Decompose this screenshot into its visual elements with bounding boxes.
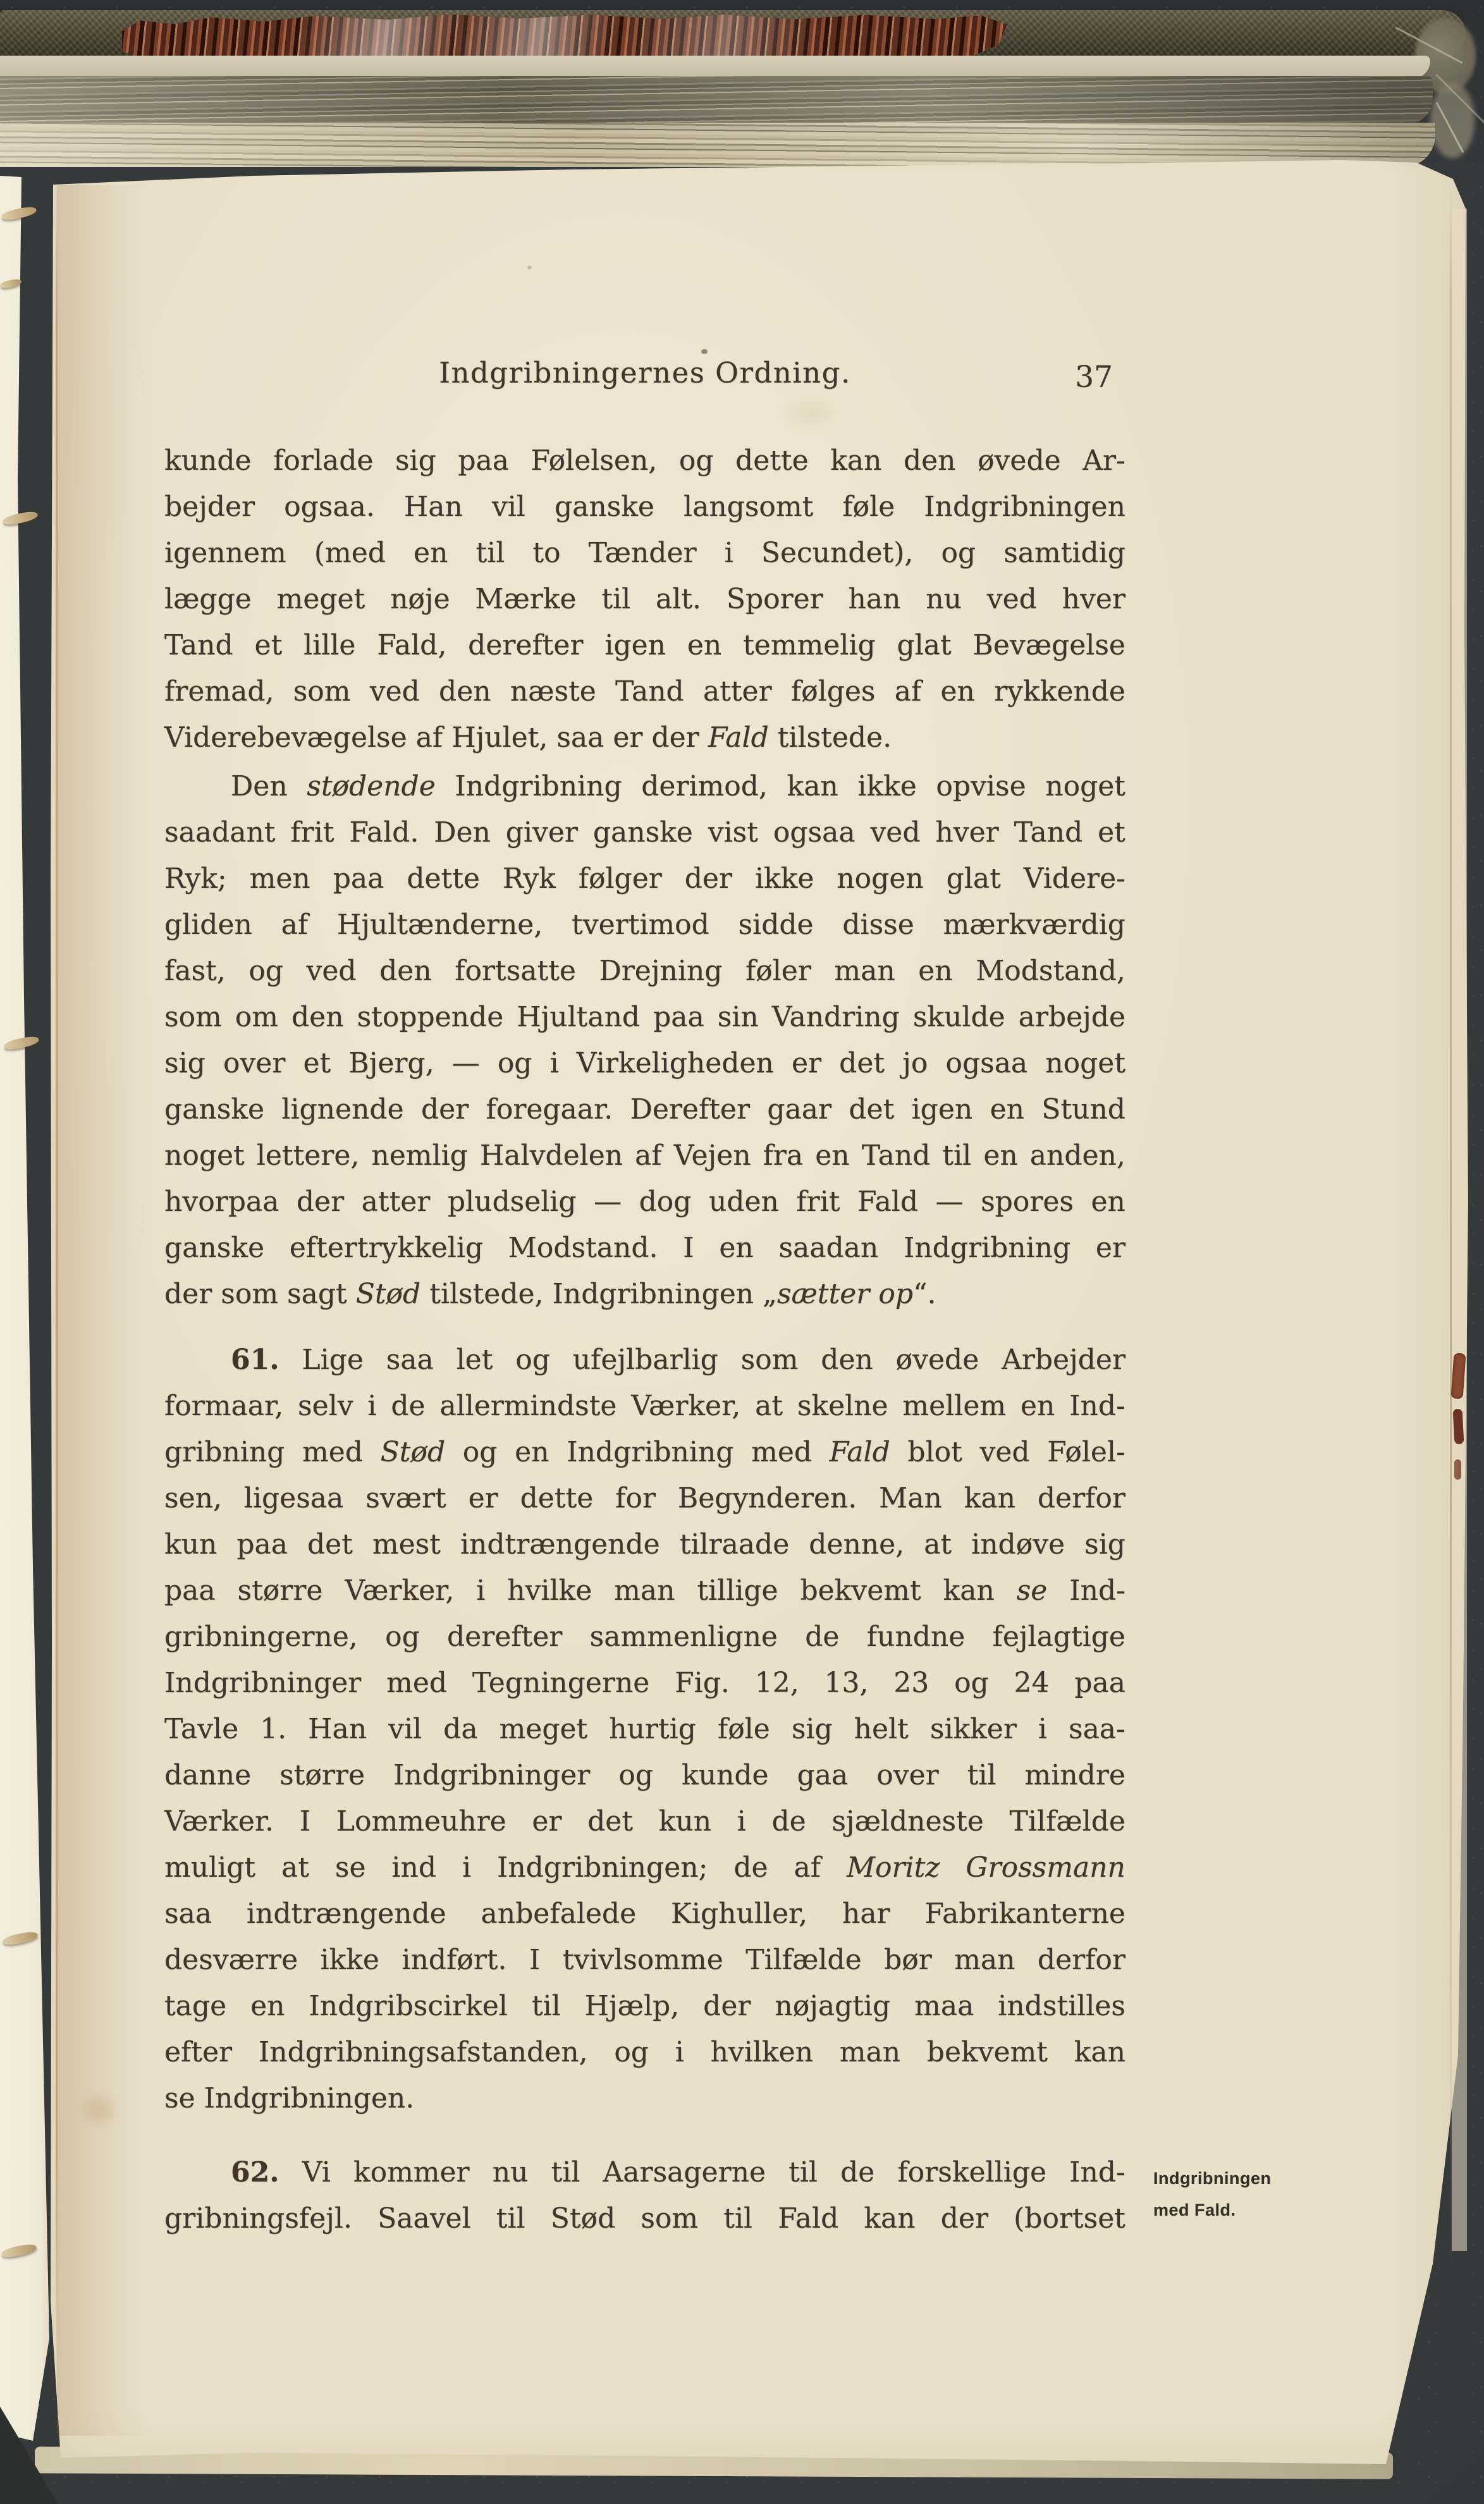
word: at <box>281 1851 309 1884</box>
word: Arbejder <box>1002 1344 1125 1376</box>
word: og <box>941 537 976 569</box>
word: 23 <box>893 1667 929 1699</box>
word: større <box>238 1574 323 1607</box>
word: og <box>515 1344 550 1376</box>
word: atter <box>703 675 772 708</box>
word: ogsaa <box>945 1047 1027 1079</box>
word: ved <box>870 816 920 849</box>
word: Følel- <box>1047 1436 1125 1468</box>
word: saa- <box>1069 1713 1125 1745</box>
word: Mærke <box>475 583 576 615</box>
word: Stød <box>356 1278 420 1310</box>
word: indtrængende <box>247 1898 446 1930</box>
word: Stød <box>551 2202 615 2235</box>
word: sin <box>718 1001 759 1033</box>
word: igen <box>604 629 666 661</box>
word: saa <box>556 721 604 754</box>
word: Vandring <box>772 1001 900 1033</box>
paragraph: DenstødendeIndgribningderimod,kanikkeopv… <box>164 770 1125 1324</box>
word: der <box>703 1990 751 2022</box>
word: saadan <box>778 1232 878 1264</box>
text-line: sigoveretBjerg,—ogiVirkelighedenerdetjoo… <box>164 1047 1125 1093</box>
word: nu <box>493 2156 529 2188</box>
word: Tilfælde <box>745 1944 861 1976</box>
text-line: Værker.ILommeuhreerdetkunidesjældnesteTi… <box>164 1805 1125 1851</box>
word: Videre- <box>1024 862 1125 895</box>
word: opvise <box>936 770 1026 802</box>
word: sig <box>164 1047 205 1079</box>
word: I <box>300 1805 310 1838</box>
word: mest <box>372 1528 441 1561</box>
text-line: formaar,selvideallermindsteVærker,atskel… <box>164 1390 1125 1436</box>
word: forlade <box>273 445 373 477</box>
word: i <box>462 1851 471 1884</box>
word: jo <box>902 1047 928 1079</box>
word: sammenligne <box>590 1621 778 1653</box>
text-line: se Indgribningen. <box>164 2082 1125 2128</box>
word: 62. <box>231 2156 279 2188</box>
word: den <box>291 1001 344 1033</box>
word: en <box>918 955 952 987</box>
word: indført. <box>402 1944 506 1976</box>
word: til <box>942 1139 971 1172</box>
word: hver <box>935 816 998 849</box>
word: en <box>815 1139 849 1172</box>
word: blot <box>907 1436 962 1468</box>
word: Værker, <box>631 1390 740 1422</box>
word: Den <box>231 770 288 802</box>
word: Moritz <box>847 1851 940 1884</box>
text-line: DenstødendeIndgribningderimod,kanikkeopv… <box>164 770 1125 816</box>
word: danne <box>164 1759 251 1791</box>
word: fejlagtige <box>993 1621 1125 1653</box>
word: man <box>954 1944 1015 1976</box>
text-line: bejderogsaa.HanvilganskelangsomtføleIndg… <box>164 491 1125 537</box>
word: der <box>421 1093 469 1126</box>
word: Indgribninger <box>164 1667 361 1699</box>
text-line: 61.LigesaaletogufejlbarligsomdenøvedeArb… <box>164 1344 1125 1390</box>
word: Fald <box>778 2202 838 2235</box>
word: Ryk; <box>164 862 227 895</box>
word: formaar, <box>164 1390 283 1422</box>
word: skelne <box>797 1390 888 1422</box>
word: Secundet), <box>761 537 914 569</box>
word: tvivlsomme <box>563 1944 723 1976</box>
word: svært <box>365 1482 446 1514</box>
word: de <box>805 1621 839 1653</box>
word: se <box>1017 1574 1048 1607</box>
word: er <box>532 1805 561 1838</box>
text-line: saaindtrængendeanbefaledeKighuller,harFa… <box>164 1898 1125 1944</box>
page-content: Indgribningernes Ordning. 37 kundeforlad… <box>0 0 1484 2504</box>
word: Fald <box>857 1186 918 1218</box>
word: ogsaa. <box>284 491 375 523</box>
word: vist <box>708 816 758 849</box>
word: Viderebevægelse <box>164 721 407 754</box>
word: Tand <box>1014 816 1083 849</box>
word: det <box>587 1805 633 1838</box>
word: kan <box>864 2202 915 2235</box>
word: forskellige <box>897 2156 1046 2188</box>
word: noget <box>164 1139 245 1172</box>
word: samtidig <box>1003 537 1125 569</box>
word: øvede <box>896 1344 979 1376</box>
word: og <box>954 1667 989 1699</box>
word: er <box>1096 1232 1125 1264</box>
word: frit <box>290 816 334 849</box>
word: er <box>469 1482 498 1514</box>
text-line: tageenIndgribscirkeltilHjælp,dernøjagtig… <box>164 1990 1125 2036</box>
word: om <box>235 1001 278 1033</box>
word: Drejning <box>599 955 722 987</box>
word: og <box>614 2036 649 2068</box>
word: Værker, <box>345 1574 454 1607</box>
word: i <box>737 1805 746 1838</box>
page-header: Indgribningernes Ordning. 37 <box>164 356 1125 394</box>
word: fast, <box>164 955 226 987</box>
word: mellem <box>902 1390 1006 1422</box>
word: Man <box>879 1482 942 1514</box>
word: et <box>1098 816 1125 849</box>
word: kan <box>964 1482 1015 1514</box>
word: derfor <box>1038 1482 1125 1514</box>
word: derimod, <box>641 770 768 802</box>
text-line: somomdenstoppendeHjultandpaasinVandrings… <box>164 1001 1125 1047</box>
word: to <box>532 537 560 569</box>
word: igennem <box>164 537 286 569</box>
word: som <box>641 2202 698 2235</box>
word: dette <box>520 1482 594 1514</box>
word: I <box>683 1232 694 1264</box>
word: vil <box>492 491 525 523</box>
word: indstilles <box>998 1990 1125 2022</box>
word: allermindste <box>439 1390 616 1422</box>
book-photo: Indgribningernes Ordning. 37 kundeforlad… <box>0 0 1484 2504</box>
word: tage <box>164 1990 226 2022</box>
word: det <box>839 1047 885 1079</box>
word: frit <box>796 1186 840 1218</box>
word: med <box>302 1436 363 1468</box>
paragraph: 62.VikommernutilAarsagernetildeforskelli… <box>164 2156 1125 2249</box>
text-line: gribningmedStødogenIndgribningmedFaldblo… <box>164 1436 1125 1482</box>
text-line: efterIndgribningsafstanden,ogihvilkenman… <box>164 2036 1125 2082</box>
word: 61. <box>231 1344 279 1376</box>
word: paa <box>458 445 509 477</box>
word: Fald <box>708 721 769 754</box>
word: ganske <box>555 491 654 523</box>
word: sen, <box>164 1482 222 1514</box>
word: bekvemt <box>927 2036 1048 2068</box>
word: det <box>307 1528 353 1561</box>
word: stoppende <box>357 1001 504 1033</box>
word: Stund <box>1041 1093 1125 1126</box>
word: til <box>601 583 630 615</box>
word: paa <box>653 1001 704 1033</box>
text-line: saadantfritFald.Dengiverganskevistogsaav… <box>164 816 1125 862</box>
word: over <box>876 1759 938 1791</box>
word: gribning <box>164 1436 285 1468</box>
word: mindre <box>1025 1759 1125 1791</box>
word: de <box>391 1390 425 1422</box>
word: et <box>255 629 283 661</box>
word: til <box>551 2156 580 2188</box>
word: fundne <box>867 1621 966 1653</box>
word: som <box>221 1278 278 1310</box>
word: — <box>594 1186 622 1218</box>
word: Hjulet, <box>451 721 548 754</box>
word: Fald <box>830 1436 890 1468</box>
paragraph: kundeforladesigpaaFølelsen,ogdettekanden… <box>164 445 1125 768</box>
word: stødende <box>307 770 436 802</box>
word: er <box>792 1047 821 1079</box>
word: Indgribninger <box>393 1759 590 1791</box>
word: fra <box>763 1139 804 1172</box>
word: i <box>1038 1713 1047 1745</box>
word: Hjælp, <box>585 1990 680 2022</box>
word: ved <box>307 955 357 987</box>
word: Indgribning <box>904 1232 1070 1264</box>
word: Vejen <box>674 1139 751 1172</box>
text-line: læggemegetnøjeMærketilalt.Sporerhannuved… <box>164 583 1125 629</box>
word: der <box>297 1186 344 1218</box>
word: giver <box>506 816 578 849</box>
word: en <box>414 537 448 569</box>
word: Den <box>434 816 491 849</box>
word: til <box>723 2202 752 2235</box>
word: ganske <box>164 1093 264 1126</box>
word: og <box>618 1759 653 1791</box>
word: muligt <box>164 1851 255 1884</box>
word: og <box>385 1621 420 1653</box>
word: Fabrikanterne <box>925 1898 1125 1930</box>
word: efter <box>164 2036 232 2068</box>
word: langsomt <box>684 491 813 523</box>
word: sagt <box>287 1278 347 1310</box>
word: Fig. <box>675 1667 730 1699</box>
word: der <box>164 1278 212 1310</box>
text-line: glidenafHjultænderne,tvertimodsiddedisse… <box>164 909 1125 955</box>
word: denne, <box>809 1528 904 1561</box>
word: atter <box>362 1186 431 1218</box>
word: ligesaa <box>244 1482 343 1514</box>
word: gaar <box>767 1093 831 1126</box>
word: nøje <box>390 583 450 615</box>
text-line: Tavle1.Hanvildamegethurtigfølesigheltsik… <box>164 1713 1125 1759</box>
word: saadant <box>164 816 275 849</box>
word: men <box>250 862 310 895</box>
word: Kighuller, <box>671 1898 807 1930</box>
word: nøjagtig <box>775 1990 890 2022</box>
text-line: fast,ogveddenfortsatteDrejningfølermanen… <box>164 955 1125 1001</box>
word: Værker. <box>164 1805 274 1838</box>
word: vil <box>388 1713 422 1745</box>
word: kun <box>164 1528 217 1561</box>
word: Lige <box>302 1344 364 1376</box>
word: bekvemt <box>800 1574 921 1607</box>
text-line: ganskeeftertrykkeligModstand.IensaadanIn… <box>164 1232 1125 1278</box>
word: meget <box>277 583 365 615</box>
word: og <box>248 955 283 987</box>
word: de <box>733 1851 768 1884</box>
word: sig <box>1084 1528 1125 1561</box>
word: Bjerg, <box>348 1047 434 1079</box>
word: Følelsen, <box>531 445 658 477</box>
word: større <box>279 1759 365 1791</box>
word: føle <box>842 491 895 523</box>
text-line: Viderebevægelse af Hjulet, saa er der Fa… <box>164 721 1125 768</box>
word: ogsaa <box>773 816 855 849</box>
word: Modstand. <box>508 1232 658 1264</box>
word: da <box>443 1713 477 1745</box>
word: rykkende <box>994 675 1125 708</box>
word: „sætter <box>763 1278 869 1310</box>
word: derfor <box>1038 1944 1125 1976</box>
word: kommer <box>353 2156 470 2188</box>
word: Sporer <box>727 583 823 615</box>
word: Indgribningen. <box>204 2082 415 2114</box>
word: i <box>476 1574 485 1607</box>
word: 12, <box>755 1667 799 1699</box>
word: lignende <box>281 1093 403 1126</box>
word: nogen <box>837 862 923 895</box>
word: Tænder <box>589 537 697 569</box>
word: gaa <box>797 1759 849 1791</box>
word: med <box>386 1667 447 1699</box>
margin-note-line: med Fald. <box>1153 2194 1343 2226</box>
word: mærkværdig <box>943 909 1125 941</box>
word: Lommeuhre <box>336 1805 506 1838</box>
word: helt <box>854 1713 909 1745</box>
word: ind <box>391 1851 436 1884</box>
word: øvede <box>978 445 1061 477</box>
word: foregaar. <box>486 1093 613 1126</box>
word: paa <box>1074 1667 1125 1699</box>
text-line: 62.VikommernutilAarsagernetildeforskelli… <box>164 2156 1125 2202</box>
word: tvertimod <box>572 909 709 941</box>
word: nu <box>926 583 962 615</box>
text-line: ganskelignendederforegaar.Dereftergaarde… <box>164 1093 1125 1139</box>
word: tilraade <box>680 1528 790 1561</box>
word: har <box>842 1898 890 1930</box>
word: I <box>529 1944 540 1976</box>
word: til <box>496 2202 525 2235</box>
word: kan <box>787 770 838 802</box>
word: gliden <box>164 909 252 941</box>
word: ved <box>980 1436 1030 1468</box>
word: alt. <box>656 583 701 615</box>
word: man <box>834 955 895 987</box>
word: et <box>304 1047 331 1079</box>
word: glat <box>897 629 951 661</box>
word: selv <box>298 1390 353 1422</box>
word: ikke <box>755 862 814 895</box>
word: Tilfælde <box>1010 1805 1125 1838</box>
word: der <box>941 2202 988 2235</box>
word: føle <box>718 1713 770 1745</box>
word: disse <box>842 909 914 941</box>
word: der <box>685 862 732 895</box>
word: desværre <box>164 1944 298 1976</box>
word: se <box>335 1851 366 1884</box>
word: Ind- <box>1069 1574 1125 1607</box>
word: eftertrykkelig <box>290 1232 483 1264</box>
word: tillige <box>697 1574 778 1607</box>
word: kunde <box>164 445 252 477</box>
word: til <box>475 537 505 569</box>
word: Hjultand <box>517 1001 640 1033</box>
word: Tand <box>862 1139 931 1172</box>
word: en <box>687 629 721 661</box>
text-line: der som sagt Stød tilstede, Indgribninge… <box>164 1278 1125 1324</box>
word: anbefalede <box>481 1898 637 1930</box>
word: paa <box>236 1528 288 1561</box>
word: føler <box>745 955 811 987</box>
word: ufejlbarlig <box>573 1344 718 1376</box>
text-line: IndgribningermedTegningerneFig.12,13,23o… <box>164 1667 1125 1713</box>
word: dette <box>735 445 809 477</box>
word: hvilken <box>711 2036 813 2068</box>
text-line: hvorpaaderatterpludselig—dogudenfritFald… <box>164 1186 1125 1232</box>
word: let <box>457 1344 493 1376</box>
text-line: igennem(medentiltoTænderiSecundet),ogsam… <box>164 537 1125 583</box>
word: som <box>293 675 351 708</box>
word: maa <box>914 1990 974 2022</box>
word: fremad, <box>164 675 274 708</box>
word: ganske <box>164 1232 264 1264</box>
word: Aarsagerne <box>603 2156 766 2188</box>
word: ganske <box>593 816 693 849</box>
word: for <box>615 1482 656 1514</box>
word: Ryk <box>503 862 556 895</box>
word: kan <box>830 445 881 477</box>
word: følger <box>579 862 662 895</box>
word: bør <box>884 1944 932 1976</box>
word: temmelig <box>743 629 876 661</box>
word: lille <box>304 629 355 661</box>
word: indøve <box>971 1528 1065 1561</box>
word: og <box>498 1047 532 1079</box>
text-line: paastørreVærker,ihvilkemantilligebekvemt… <box>164 1574 1125 1621</box>
word: Indgribning <box>567 1436 733 1468</box>
word: paa <box>164 1574 216 1607</box>
body-text: kundeforladesigpaaFølelsen,ogdettekanden… <box>164 445 1125 2249</box>
word: en <box>1021 1390 1055 1422</box>
word: Ind- <box>1069 1390 1125 1422</box>
word: fortsatte <box>455 955 576 987</box>
word: i <box>675 2036 684 2068</box>
text-line: fremad,somveddennæsteTandatterfølgesafen… <box>164 675 1125 721</box>
word: af <box>635 1139 662 1172</box>
word: ved <box>370 675 420 708</box>
word: Tand <box>164 629 233 661</box>
word: Tand <box>615 675 684 708</box>
word: den <box>821 1344 873 1376</box>
word: skulde <box>913 1001 1005 1033</box>
word: lægge <box>164 583 252 615</box>
word: gribningerne, <box>164 1621 358 1653</box>
word: Tavle <box>164 1713 238 1745</box>
word: Han <box>308 1713 367 1745</box>
word: Saavel <box>377 2202 471 2235</box>
word: at <box>924 1528 952 1561</box>
word: Indgribningen <box>924 491 1125 523</box>
margin-note: Indgribningen med Fald. <box>1153 2163 1343 2226</box>
word: Vi <box>302 2156 331 2188</box>
word: en <box>941 675 975 708</box>
word: det <box>849 1093 894 1126</box>
word: ikke <box>321 1944 379 1976</box>
word: kan <box>943 1574 995 1607</box>
